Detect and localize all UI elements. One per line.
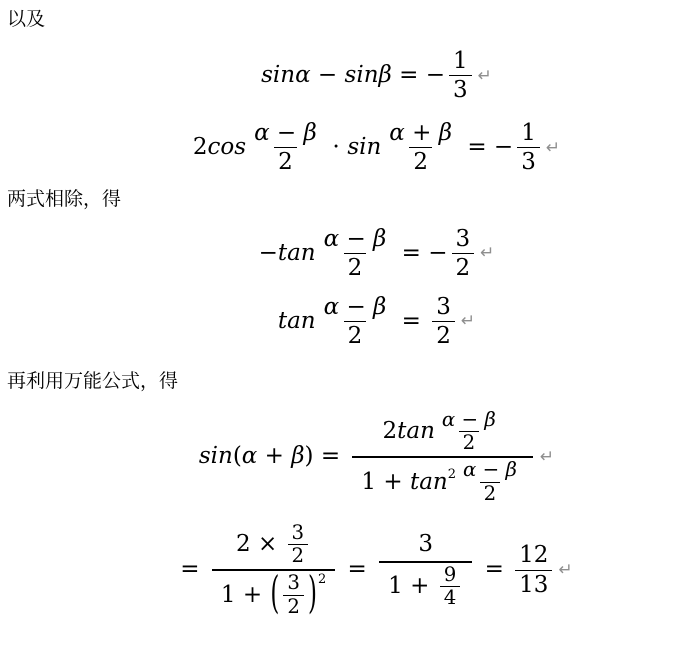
fraction-numerator: α − β bbox=[250, 120, 321, 147]
fraction: 12 13 bbox=[515, 542, 552, 598]
fraction-numerator: α − β bbox=[320, 294, 391, 321]
math-token: sinα bbox=[261, 62, 311, 90]
paragraph-return-icon: ↵ bbox=[480, 243, 494, 263]
document-page: 以及 sinα − sinβ = − 1 3 ↵ 2 cos α − β 2 ⋅… bbox=[0, 0, 689, 620]
fraction: α − β 2 bbox=[320, 226, 391, 282]
fraction-numerator: 1 bbox=[449, 48, 472, 75]
math-token: tan bbox=[410, 469, 448, 497]
big-paren-right: ) bbox=[307, 569, 318, 621]
math-operator: − bbox=[259, 240, 278, 268]
fraction-outer: 2 tan α − β 2 1 + tan 2 α − β 2 bbox=[352, 408, 533, 507]
fraction-denominator: 2 bbox=[480, 482, 501, 505]
math-operator: = − bbox=[394, 240, 447, 268]
math-operator: = bbox=[314, 443, 348, 471]
math-token: tan bbox=[397, 418, 435, 446]
fraction-denominator: 2 bbox=[288, 544, 309, 567]
math-operator: = bbox=[477, 556, 511, 584]
equation-3: − tan α − β 2 = − 3 2 ↵ bbox=[0, 226, 689, 282]
fraction-numerator: α + β bbox=[385, 120, 456, 147]
math-token: 1 + bbox=[388, 573, 437, 601]
fraction-denominator: 1 + ( 3 2 ) 2 bbox=[212, 569, 335, 620]
fraction-numerator: α − β bbox=[459, 460, 521, 482]
math-superscript: 2 bbox=[448, 467, 456, 483]
math-operator: = − bbox=[392, 62, 445, 90]
fraction-outer: 2 × 3 2 1 + ( 3 2 ) 2 bbox=[212, 521, 335, 620]
fraction: 1 3 bbox=[449, 48, 472, 104]
math-token: 1 + bbox=[221, 582, 270, 610]
math-operator: = bbox=[394, 308, 428, 336]
fraction: 3 2 bbox=[288, 523, 309, 568]
fraction-denominator: 2 bbox=[459, 431, 480, 454]
fraction-outer: 3 1 + 9 4 bbox=[379, 529, 472, 611]
fraction-denominator: 3 bbox=[517, 147, 540, 175]
math-operator: − bbox=[311, 62, 345, 90]
math-superscript: 2 bbox=[318, 572, 326, 588]
paragraph-return-icon: ↵ bbox=[461, 311, 475, 331]
math-operator: = bbox=[180, 556, 207, 584]
fraction: α − β 2 bbox=[459, 460, 521, 505]
fraction-denominator: 1 + tan 2 α − β 2 bbox=[352, 456, 533, 507]
fraction: 1 3 bbox=[517, 120, 540, 176]
math-operator: = − bbox=[460, 134, 513, 162]
math-token: sin bbox=[199, 443, 233, 471]
math-operator: = bbox=[340, 556, 374, 584]
math-token: 3 bbox=[418, 531, 433, 559]
math-token: sin bbox=[347, 134, 381, 162]
fraction-numerator: 3 bbox=[288, 523, 309, 545]
paragraph-divide: 两式相除，得 bbox=[0, 188, 689, 212]
fraction-denominator: 2 bbox=[452, 253, 475, 281]
fraction-denominator: 2 bbox=[432, 321, 455, 349]
fraction-numerator: 2 × 3 2 bbox=[227, 521, 320, 570]
math-operator: ⋅ bbox=[325, 134, 348, 162]
paragraph-return-icon: ↵ bbox=[540, 447, 554, 467]
math-token: sinβ bbox=[345, 62, 392, 90]
fraction: α − β 2 bbox=[438, 410, 500, 455]
math-token: 2 × bbox=[236, 531, 285, 559]
fraction-denominator: 1 + 9 4 bbox=[379, 561, 472, 612]
equation-5: sin ( α + β ) = 2 tan α − β 2 1 + tan 2 … bbox=[0, 408, 689, 507]
fraction-numerator: α − β bbox=[438, 410, 500, 432]
fraction-denominator: 2 bbox=[344, 321, 367, 349]
math-token: α + β bbox=[242, 443, 305, 471]
equation-4: tan α − β 2 = 3 2 ↵ bbox=[0, 294, 689, 350]
fraction-numerator: 3 bbox=[409, 529, 442, 561]
fraction-denominator: 2 bbox=[283, 595, 304, 618]
fraction: α − β 2 bbox=[320, 294, 391, 350]
fraction-numerator: α − β bbox=[320, 226, 391, 253]
fraction-denominator: 4 bbox=[440, 586, 461, 609]
fraction-denominator: 2 bbox=[409, 147, 432, 175]
fraction-denominator: 3 bbox=[449, 75, 472, 103]
fraction-denominator: 2 bbox=[274, 147, 297, 175]
fraction-numerator: 3 bbox=[432, 294, 455, 321]
math-token: 1 + bbox=[361, 469, 410, 497]
paragraph-universal-formula: 再利用万能公式，得 bbox=[0, 370, 689, 394]
fraction: 3 2 bbox=[452, 226, 475, 282]
fraction-numerator: 2 tan α − β 2 bbox=[374, 408, 512, 457]
paragraph-return-icon: ↵ bbox=[478, 66, 492, 86]
math-token: cos bbox=[208, 134, 247, 162]
paragraph-return-icon: ↵ bbox=[558, 560, 572, 580]
fraction: α + β 2 bbox=[385, 120, 456, 176]
fraction: 3 2 bbox=[283, 573, 304, 618]
fraction-numerator: 1 bbox=[517, 120, 540, 147]
fraction-denominator: 13 bbox=[515, 570, 552, 598]
math-token: tan bbox=[278, 240, 316, 268]
fraction: α − β 2 bbox=[250, 120, 321, 176]
fraction-denominator: 2 bbox=[344, 253, 367, 281]
equation-1: sinα − sinβ = − 1 3 ↵ bbox=[0, 48, 689, 104]
math-token: 2 bbox=[383, 418, 398, 446]
paragraph-return-icon: ↵ bbox=[546, 138, 560, 158]
equation-6: = 2 × 3 2 1 + ( 3 2 ) 2 = bbox=[0, 521, 689, 620]
paragraph-yiji: 以及 bbox=[0, 8, 689, 32]
fraction: 9 4 bbox=[440, 565, 461, 610]
fraction-numerator: 12 bbox=[515, 542, 552, 569]
math-token: tan bbox=[278, 308, 316, 336]
equation-2: 2 cos α − β 2 ⋅ sin α + β 2 = − 1 3 ↵ bbox=[0, 120, 689, 176]
math-paren: ) bbox=[305, 443, 314, 471]
fraction-numerator: 3 bbox=[452, 226, 475, 253]
math-paren: ( bbox=[233, 443, 242, 471]
big-paren-left: ( bbox=[269, 569, 280, 621]
fraction-numerator: 9 bbox=[440, 565, 461, 587]
math-token: 2 bbox=[193, 134, 208, 162]
fraction: 3 2 bbox=[432, 294, 455, 350]
fraction-numerator: 3 bbox=[283, 573, 304, 595]
